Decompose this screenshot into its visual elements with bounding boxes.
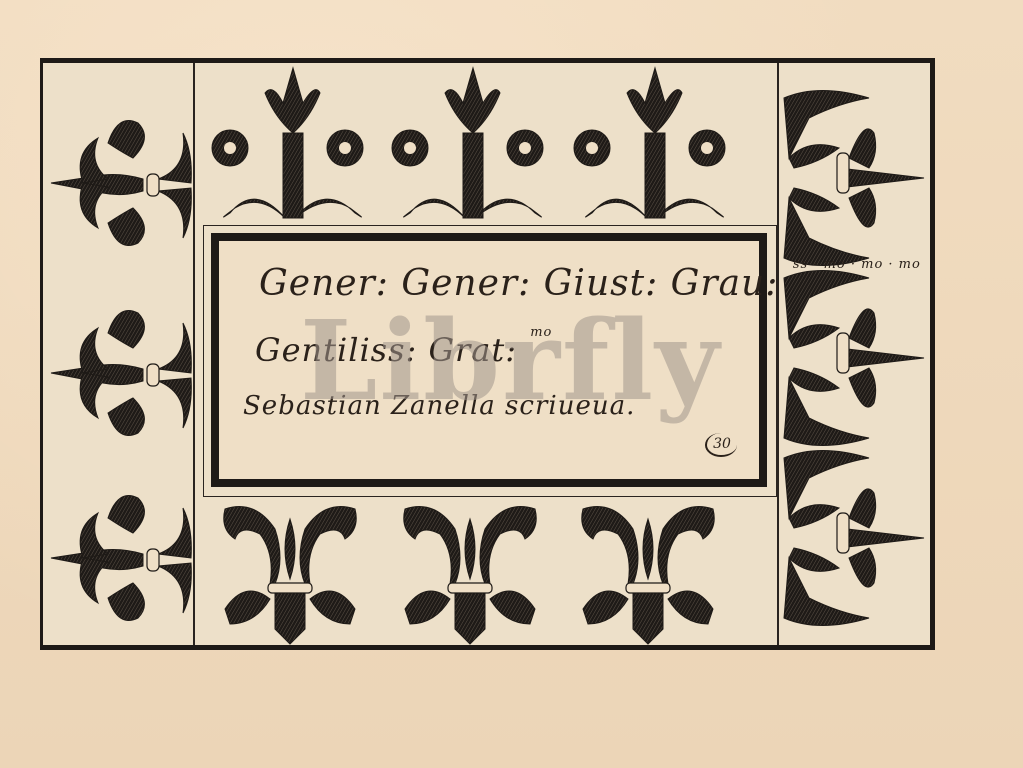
left-column-fleur-ornaments xyxy=(43,63,193,648)
engraved-plate: Gener: Gener: Giust: Grau: ss · mo · mo … xyxy=(40,58,935,650)
calligraphy-cartouche: Gener: Gener: Giust: Grau: ss · mo · mo … xyxy=(211,233,767,487)
bottom-row-fleur-ornaments xyxy=(195,499,777,649)
line-1-superscripts: ss · mo · mo · mo xyxy=(793,257,921,272)
top-row-tulip-ornaments xyxy=(195,63,777,225)
calligraphy-line-3-signature: Sebastian Zanella scriueua. xyxy=(243,391,635,421)
line-2-text: Gentiliss: Grat: xyxy=(255,331,517,369)
calligraphy-line-2: Gentiliss: Grat: mo xyxy=(255,331,552,369)
folio-number: 30 xyxy=(705,433,737,457)
line-2-superscripts: mo xyxy=(530,325,552,340)
right-column-acanthus-ornaments xyxy=(779,63,929,648)
calligraphy-line-1: Gener: Gener: Giust: Grau: ss · mo · mo … xyxy=(259,263,921,304)
line-1-text: Gener: Gener: Giust: Grau: xyxy=(259,263,778,304)
